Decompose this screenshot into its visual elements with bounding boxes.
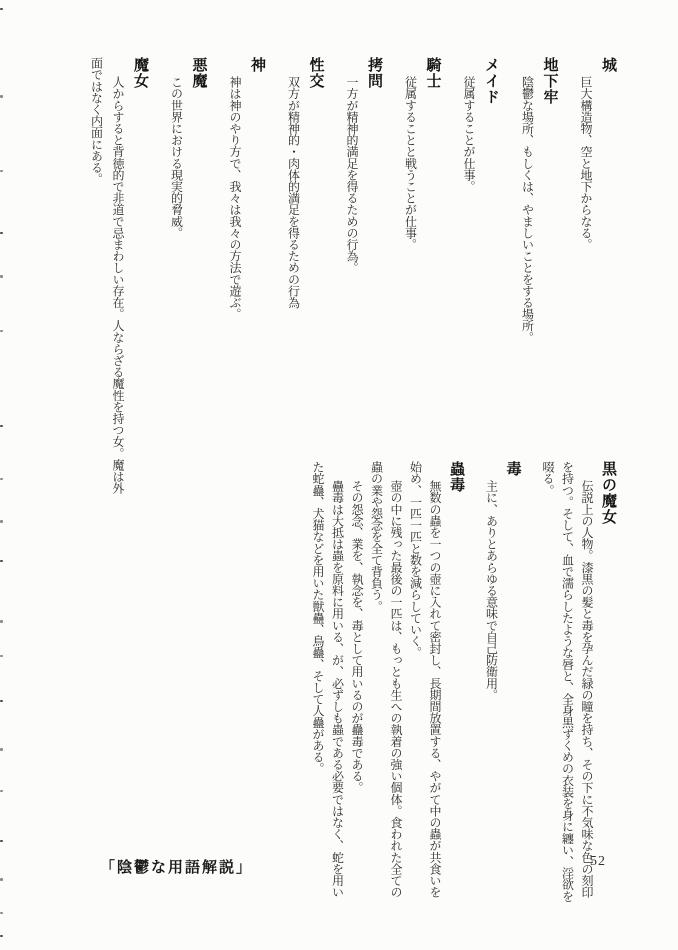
scan-speck — [0, 330, 3, 332]
scan-speck — [0, 560, 3, 562]
glossary-definition: この世界における現実的脅威。 — [165, 57, 187, 497]
scan-speck — [0, 275, 3, 278]
glossary-term: 拷問 — [362, 57, 386, 497]
glossary-entry: 騎士従属することと戦うことが仕事。 — [399, 57, 445, 497]
glossary-definition: 一方が精神的満足を得るための行為。 — [341, 57, 363, 497]
scan-speck — [0, 95, 3, 98]
glossary-term: 毒 — [501, 461, 525, 905]
page-number: 52 — [590, 854, 606, 870]
glossary-entry: 黒の魔女伝説上の人物。漆黒の髪と毒を孕んだ緑の瞳を持ち、その下に不気味な色の刻印… — [538, 461, 621, 905]
glossary-definition: 壺の中に残った最後の一匹は、もっとも生への執着の強い個体。食われた全ての蟲の業や… — [366, 461, 405, 905]
scan-speck — [0, 700, 3, 702]
glossary-entry: 地下牢陰鬱な場所、もしくは、やましいことをする場所。 — [516, 57, 562, 497]
glossary-term: 性交 — [304, 57, 328, 497]
glossary-top-section: 城巨大構造物、空と地下からなる。地下牢陰鬱な場所、もしくは、やましいことをする場… — [72, 57, 620, 497]
scan-speck — [0, 170, 3, 172]
glossary-term: 蟲毒 — [444, 461, 468, 905]
scan-speck — [0, 748, 3, 751]
glossary-definition: 陰鬱な場所、もしくは、やましいことをする場所。 — [516, 57, 538, 497]
glossary-term: メイド — [479, 57, 503, 497]
scan-speck — [0, 655, 3, 657]
glossary-definition: 人からすると背徳的で非道で忌まわしい存在。人ならざる魔性を持つ女。魔は外面ではな… — [85, 57, 128, 497]
glossary-term: 騎士 — [421, 57, 445, 497]
glossary-term: 黒の魔女 — [596, 461, 620, 905]
scan-speck — [0, 8, 3, 10]
scan-speck — [0, 878, 3, 881]
scan-speck — [0, 790, 3, 792]
glossary-entry: 魔女人からすると背徳的で非道で忌まわしい存在。人ならざる魔性を持つ女。魔は外面で… — [85, 57, 152, 497]
glossary-definition: 従属することと戦うことが仕事。 — [399, 57, 421, 497]
footer-title: 「陰鬱な用語解説」 — [100, 856, 253, 877]
glossary-entry: 神神は神のやり方で、我々は我々の方法で遊ぶ。 — [224, 57, 270, 497]
glossary-definition: 従属することが仕事。 — [458, 57, 480, 497]
glossary-entry: 性交双方が精神的・肉体的満足を得るための行為 — [282, 57, 328, 497]
scan-speck — [0, 232, 3, 234]
scan-speck — [0, 620, 3, 623]
glossary-definition: その怨念、業を、執念を、毒として用いるのが蠱毒である。 — [347, 461, 367, 905]
scan-speck — [0, 840, 3, 842]
glossary-entry: 拷問一方が精神的満足を得るための行為。 — [341, 57, 387, 497]
glossary-definition: 神は神のやり方で、我々は我々の方法で遊ぶ。 — [224, 57, 246, 497]
scan-speck — [0, 425, 3, 427]
glossary-entry: 蟲毒無数の蟲を一つの壺に入れて密封し、長期間放置する、やがて中の蟲が共食いを始め… — [308, 461, 469, 905]
glossary-entry: 毒主に、ありとあらゆる意味で自己防衛用。 — [481, 461, 525, 905]
glossary-definition: 伝説上の人物。漆黒の髪と毒を孕んだ緑の瞳を持ち、その下に不気味な色の刻印を持つ。… — [538, 461, 597, 905]
glossary-definition: 双方が精神的・肉体的満足を得るための行為 — [282, 57, 304, 497]
glossary-term: 魔女 — [128, 57, 152, 497]
glossary-term: 城 — [596, 57, 620, 497]
scan-speck — [0, 912, 3, 914]
glossary-bottom-section: 黒の魔女伝説上の人物。漆黒の髪と毒を孕んだ緑の瞳を持ち、その下に不気味な色の刻印… — [295, 461, 621, 905]
glossary-entry: 悪魔この世界における現実的脅威。 — [165, 57, 211, 497]
scan-edge-artifacts — [0, 0, 8, 950]
glossary-definition: 巨大構造物、空と地下からなる。 — [575, 57, 597, 497]
glossary-entry: 城巨大構造物、空と地下からなる。 — [575, 57, 621, 497]
glossary-entry: メイド従属することが仕事。 — [458, 57, 504, 497]
scan-speck — [0, 478, 3, 480]
scan-speck — [0, 520, 3, 523]
glossary-term: 悪魔 — [187, 57, 211, 497]
glossary-definition: 主に、ありとあらゆる意味で自己防衛用。 — [481, 461, 501, 905]
glossary-term: 地下牢 — [538, 57, 562, 497]
glossary-definition: 無数の蟲を一つの壺に入れて密封し、長期間放置する、やがて中の蟲が共食いを始め、一… — [405, 461, 444, 905]
scanned-page: 城巨大構造物、空と地下からなる。地下牢陰鬱な場所、もしくは、やましいことをする場… — [0, 0, 678, 950]
glossary-term: 神 — [245, 57, 269, 497]
scan-speck — [0, 935, 3, 937]
glossary-definition: 蠱毒は大抵は蟲を原料に用いる、が、必ずしも蟲である必要ではなく、蛇を用いた蛇蠱、… — [308, 461, 347, 905]
